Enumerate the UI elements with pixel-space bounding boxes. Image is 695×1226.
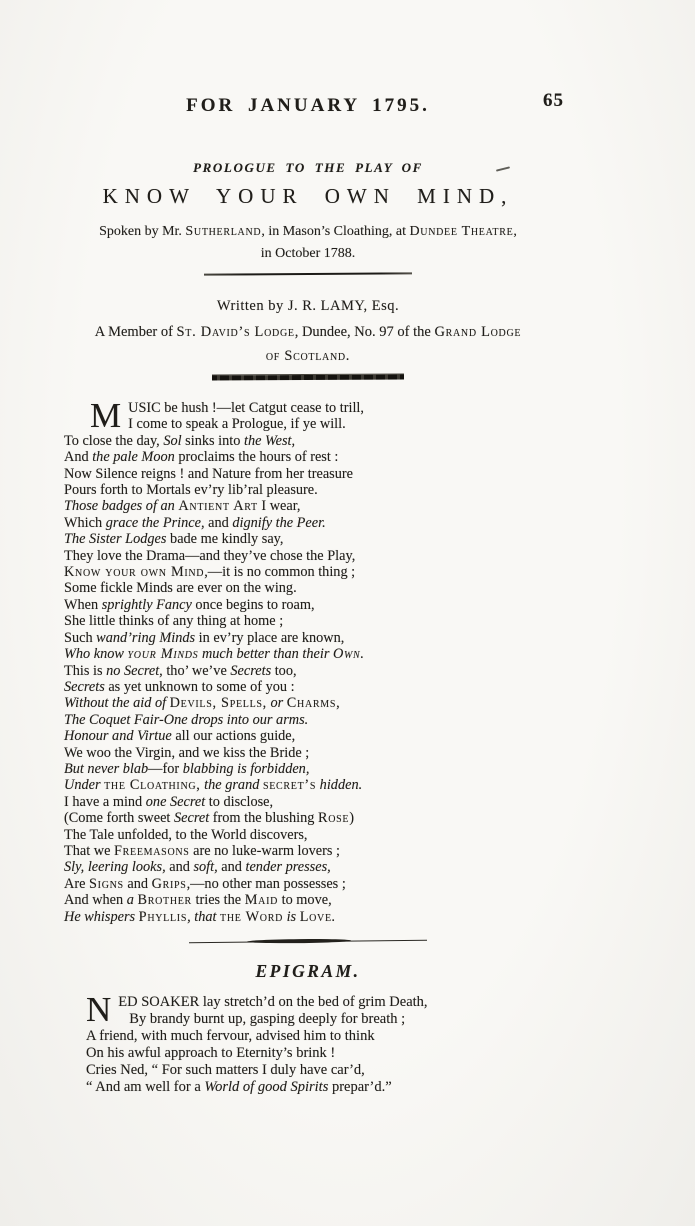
poem-line: Know your own Mind,—it is no common thin…: [64, 564, 588, 580]
text-segment: Brother: [137, 892, 191, 908]
text-segment: sprightly Fancy: [102, 597, 192, 613]
epigram-title: EPIGRAM.: [28, 959, 588, 983]
text-segment: as yet unknown to some of you :: [105, 679, 295, 695]
text-segment: Now Silence reigns ! and Nature from her…: [64, 466, 353, 482]
text-segment: of Scotland.: [266, 348, 350, 364]
text-segment: Love: [300, 909, 332, 925]
text-segment: too,: [271, 663, 296, 679]
poem-line: The Coquet Fair-One drops into our arms.: [64, 712, 588, 728]
text-segment: to move,: [278, 892, 332, 908]
text-segment: sinks into: [182, 433, 244, 449]
poem-line: ED SOAKER lay stretch’d on the bed of gr…: [86, 994, 588, 1011]
poem-line: USIC be hush !—let Catgut cease to trill…: [64, 400, 588, 416]
text-segment: Who know: [64, 646, 128, 662]
text-segment: The Tale unfolded, to the World discover…: [64, 827, 308, 843]
text-segment: I have a mind: [64, 794, 146, 810]
text-segment: ,—no other man possesses ;: [187, 876, 346, 892]
text-segment: or: [267, 695, 287, 711]
poem-line: That we Freemasons are no luke-warm love…: [64, 843, 588, 859]
text-segment: , in Mason’s Cloathing, at: [261, 224, 409, 239]
text-segment: the Word: [220, 909, 283, 925]
text-segment: Secrets: [230, 663, 271, 679]
text-segment: proclaims the hours of rest :: [175, 449, 339, 465]
text-segment: Without the aid of: [64, 695, 170, 711]
text-segment: Such: [64, 630, 96, 646]
poem-line: Cries Ned, “ For such matters I duly hav…: [86, 1062, 588, 1079]
text-segment: and: [124, 876, 152, 892]
poem-line: To close the day, Sol sinks into the Wes…: [64, 433, 588, 449]
epigram-section: EPIGRAM. N ED SOAKER lay stretch’d on th…: [28, 959, 588, 1095]
poem-line: The Sister Lodges bade me kindly say,: [64, 531, 588, 547]
text-segment: blabbing is forbidden,: [183, 761, 310, 777]
text-segment: and: [218, 859, 246, 875]
text-segment: tries the: [192, 892, 245, 908]
text-segment: Secret: [174, 810, 209, 826]
text-segment: to disclose,: [205, 794, 273, 810]
spoken-by-line: Spoken by Mr. Sutherland, in Mason’s Clo…: [28, 221, 588, 243]
poem-line: But never blab—for blabbing is forbidden…: [64, 761, 588, 777]
drop-cap-n: N: [86, 996, 111, 1024]
text-segment: ): [349, 810, 354, 826]
poem-line: On his awful approach to Eternity’s brin…: [86, 1045, 588, 1062]
poem-line: I come to speak a Prologue, if ye will.: [64, 416, 588, 432]
text-segment: the pale Moon: [92, 449, 175, 465]
text-segment: Spoken by Mr.: [99, 224, 185, 239]
text-segment: from the blushing: [209, 810, 318, 826]
text-segment: Honour and Virtue: [64, 728, 172, 744]
text-segment: And: [64, 449, 92, 465]
text-segment: Grand Lodge: [434, 324, 521, 340]
text-segment: Those badges of an: [64, 498, 178, 514]
text-segment: A Member of: [95, 324, 177, 340]
text-segment: Phyllis: [139, 909, 187, 925]
drop-cap-m: M: [90, 402, 121, 430]
text-segment: Devils, Spells,: [170, 695, 267, 711]
text-segment: tender presses,: [245, 859, 330, 875]
text-segment: And when: [64, 892, 127, 908]
text-segment: USIC be hush !—let Catgut cease to trill…: [128, 400, 364, 416]
text-segment: prepar’d.”: [328, 1079, 391, 1095]
text-segment: Secrets: [64, 679, 105, 695]
poem-line: Now Silence reigns ! and Nature from her…: [64, 466, 588, 482]
poem-line: Secrets as yet unknown to some of you :: [64, 679, 588, 695]
poem-line: Without the aid of Devils, Spells, or Ch…: [64, 695, 588, 711]
poem-line: When sprightly Fancy once begins to roam…: [64, 597, 588, 613]
text-segment: and: [166, 859, 194, 875]
poem-line: Under the Cloathing, the grand secret’s …: [64, 777, 588, 793]
prologue-poem-lines: USIC be hush !—let Catgut cease to trill…: [64, 400, 588, 925]
text-segment: Sly, leering looks,: [64, 859, 166, 875]
text-segment: But never blab: [64, 761, 148, 777]
text-segment: (Come forth sweet: [64, 810, 174, 826]
poem-line: Who know your Minds much better than the…: [64, 646, 588, 662]
text-segment: By brandy burnt up, gasping deeply for b…: [129, 1011, 405, 1027]
poem-line: Sly, leering looks, and soft, and tender…: [64, 859, 588, 875]
text-segment: the West,: [244, 433, 295, 449]
prologue-poem: M USIC be hush !—let Catgut cease to tri…: [28, 400, 588, 925]
text-segment: Cries Ned, “ For such matters I duly hav…: [86, 1062, 365, 1078]
text-segment: The Sister Lodges: [64, 531, 166, 547]
poem-line: A friend, with much fervour, advised him…: [86, 1028, 588, 1045]
text-segment: On his awful approach to Eternity’s brin…: [86, 1045, 335, 1061]
epigram-poem-lines: ED SOAKER lay stretch’d on the bed of gr…: [86, 994, 588, 1095]
text-segment: Charms,: [287, 695, 341, 711]
text-segment: Grips: [152, 876, 187, 892]
text-segment: I come to speak a Prologue, if ye will.: [128, 416, 346, 432]
poem-line: He whispers Phyllis, that the Word is Lo…: [64, 909, 588, 925]
text-segment: —for: [148, 761, 183, 777]
text-segment: He whispers: [64, 909, 139, 925]
text-segment: Sol: [163, 433, 181, 449]
text-segment: I wear,: [258, 498, 301, 514]
text-segment: and: [205, 515, 233, 531]
text-segment: wand’ring Minds: [96, 630, 195, 646]
text-segment: St. David’s Lodge: [177, 324, 295, 340]
poem-line: Such wand’ring Minds in ev’ry place are …: [64, 630, 588, 646]
text-segment: The Coquet Fair-One drops into our arms.: [64, 712, 308, 728]
text-segment: the Cloathing,: [104, 777, 200, 793]
page-header-title: FOR JANUARY 1795.: [28, 95, 588, 117]
text-segment: A friend, with much fervour, advised him…: [86, 1028, 375, 1044]
text-segment: This is: [64, 663, 106, 679]
text-segment: That we: [64, 843, 114, 859]
member-line-2: of Scotland.: [28, 344, 588, 368]
text-segment: are no luke-warm lovers ;: [190, 843, 340, 859]
text-segment: Antient Art: [178, 498, 257, 514]
text-segment: bade me kindly say,: [166, 531, 283, 547]
scanned-page: 65 FOR JANUARY 1795. PROLOGUE TO THE PLA…: [0, 0, 695, 1226]
text-segment: , that: [187, 909, 220, 925]
divider-ornament: [189, 937, 427, 946]
text-segment: all our actions guide,: [172, 728, 295, 744]
text-segment: no Secret,: [106, 663, 163, 679]
poem-line: Some fickle Minds are ever on the wing.: [64, 580, 588, 596]
text-segment: .: [332, 909, 336, 925]
text-segment: They love the Drama—and they’ve chose th…: [64, 548, 355, 564]
text-segment: Dundee Theatre: [409, 224, 513, 239]
poem-line: Those badges of an Antient Art I wear,: [64, 498, 588, 514]
text-segment: in ev’ry place are known,: [195, 630, 344, 646]
text-segment: tho’ we’ve: [163, 663, 231, 679]
text-segment: one Secret: [146, 794, 205, 810]
poem-line: And the pale Moon proclaims the hours of…: [64, 449, 588, 465]
poem-line: By brandy burnt up, gasping deeply for b…: [86, 1011, 588, 1028]
text-segment: your Minds: [128, 646, 199, 662]
text-segment: dignify the Peer.: [232, 515, 325, 531]
prologue-kicker: PROLOGUE TO THE PLAY OF: [28, 160, 588, 176]
poem-line: “ And am well for a World of good Spirit…: [86, 1079, 588, 1096]
text-segment: ,: [513, 224, 517, 239]
text-segment: , Dundee, No. 97 of the: [295, 324, 435, 340]
page-number: 65: [543, 90, 564, 112]
poem-line: And when a Brother tries the Maid to mov…: [64, 892, 588, 908]
text-segment: Pours forth to Mortals ev’ry lib’ral ple…: [64, 482, 318, 498]
text-segment: much better than their: [198, 646, 333, 662]
poem-line: (Come forth sweet Secret from the blushi…: [64, 810, 588, 826]
poem-line: Which grace the Prince, and dignify the …: [64, 515, 588, 531]
text-segment: Signs: [89, 876, 124, 892]
text-segment: She little thinks of any thing at home ;: [64, 613, 283, 629]
poem-line: Are Signs and Grips,—no other man posses…: [64, 876, 588, 892]
text-segment: soft,: [193, 859, 217, 875]
text-segment: secret’s: [263, 777, 316, 793]
poem-line: Honour and Virtue all our actions guide,: [64, 728, 588, 744]
text-segment: ,—it is no common thing ;: [204, 564, 355, 580]
play-title: KNOW YOUR OWN MIND,: [28, 183, 588, 210]
text-segment: ED SOAKER lay stretch’d on the bed of gr…: [118, 994, 427, 1010]
divider-thin: [204, 272, 412, 275]
text-segment: grace the Prince,: [106, 515, 205, 531]
member-line-1: A Member of St. David’s Lodge, Dundee, N…: [28, 320, 588, 344]
divider-thick: [212, 373, 404, 380]
text-segment: once begins to roam,: [192, 597, 315, 613]
text-segment: Some fickle Minds are ever on the wing.: [64, 580, 297, 596]
poem-line: Pours forth to Mortals ev’ry lib’ral ple…: [64, 482, 588, 498]
text-segment: the grand: [201, 777, 263, 793]
poem-line: The Tale unfolded, to the World discover…: [64, 827, 588, 843]
text-segment: Freemasons: [114, 843, 190, 859]
text-segment: Under: [64, 777, 104, 793]
text-segment: We woo the Virgin, and we kiss the Bride…: [64, 745, 309, 761]
page-content: FOR JANUARY 1795. PROLOGUE TO THE PLAY O…: [28, 95, 588, 1095]
text-segment: Maid: [245, 892, 278, 908]
text-segment: a: [127, 892, 134, 908]
text-segment: Own.: [333, 646, 365, 662]
text-segment: is: [283, 909, 300, 925]
text-segment: “ And am well for a: [86, 1079, 204, 1095]
written-by-line: Written by J. R. LAMY, Esq.: [28, 295, 588, 317]
text-segment: hidden.: [316, 777, 362, 793]
epigram-poem: N ED SOAKER lay stretch’d on the bed of …: [28, 994, 588, 1095]
ink-speck: [496, 166, 510, 171]
text-segment: When: [64, 597, 102, 613]
poem-line: I have a mind one Secret to disclose,: [64, 794, 588, 810]
text-segment: Which: [64, 515, 106, 531]
text-segment: To close the day,: [64, 433, 163, 449]
poem-line: They love the Drama—and they’ve chose th…: [64, 548, 588, 564]
poem-line: She little thinks of any thing at home ;: [64, 613, 588, 629]
prologue-kicker-text: PROLOGUE TO THE PLAY OF: [193, 160, 423, 175]
spoken-by-line-2: in October 1788.: [28, 243, 588, 265]
poem-line: We woo the Virgin, and we kiss the Bride…: [64, 745, 588, 761]
text-segment: Sutherland: [185, 224, 261, 239]
text-segment: Know your own Mind: [64, 564, 204, 580]
poem-line: This is no Secret, tho’ we’ve Secrets to…: [64, 663, 588, 679]
text-segment: Rose: [318, 810, 349, 826]
text-segment: Are: [64, 876, 89, 892]
text-segment: World of good Spirits: [204, 1079, 328, 1095]
